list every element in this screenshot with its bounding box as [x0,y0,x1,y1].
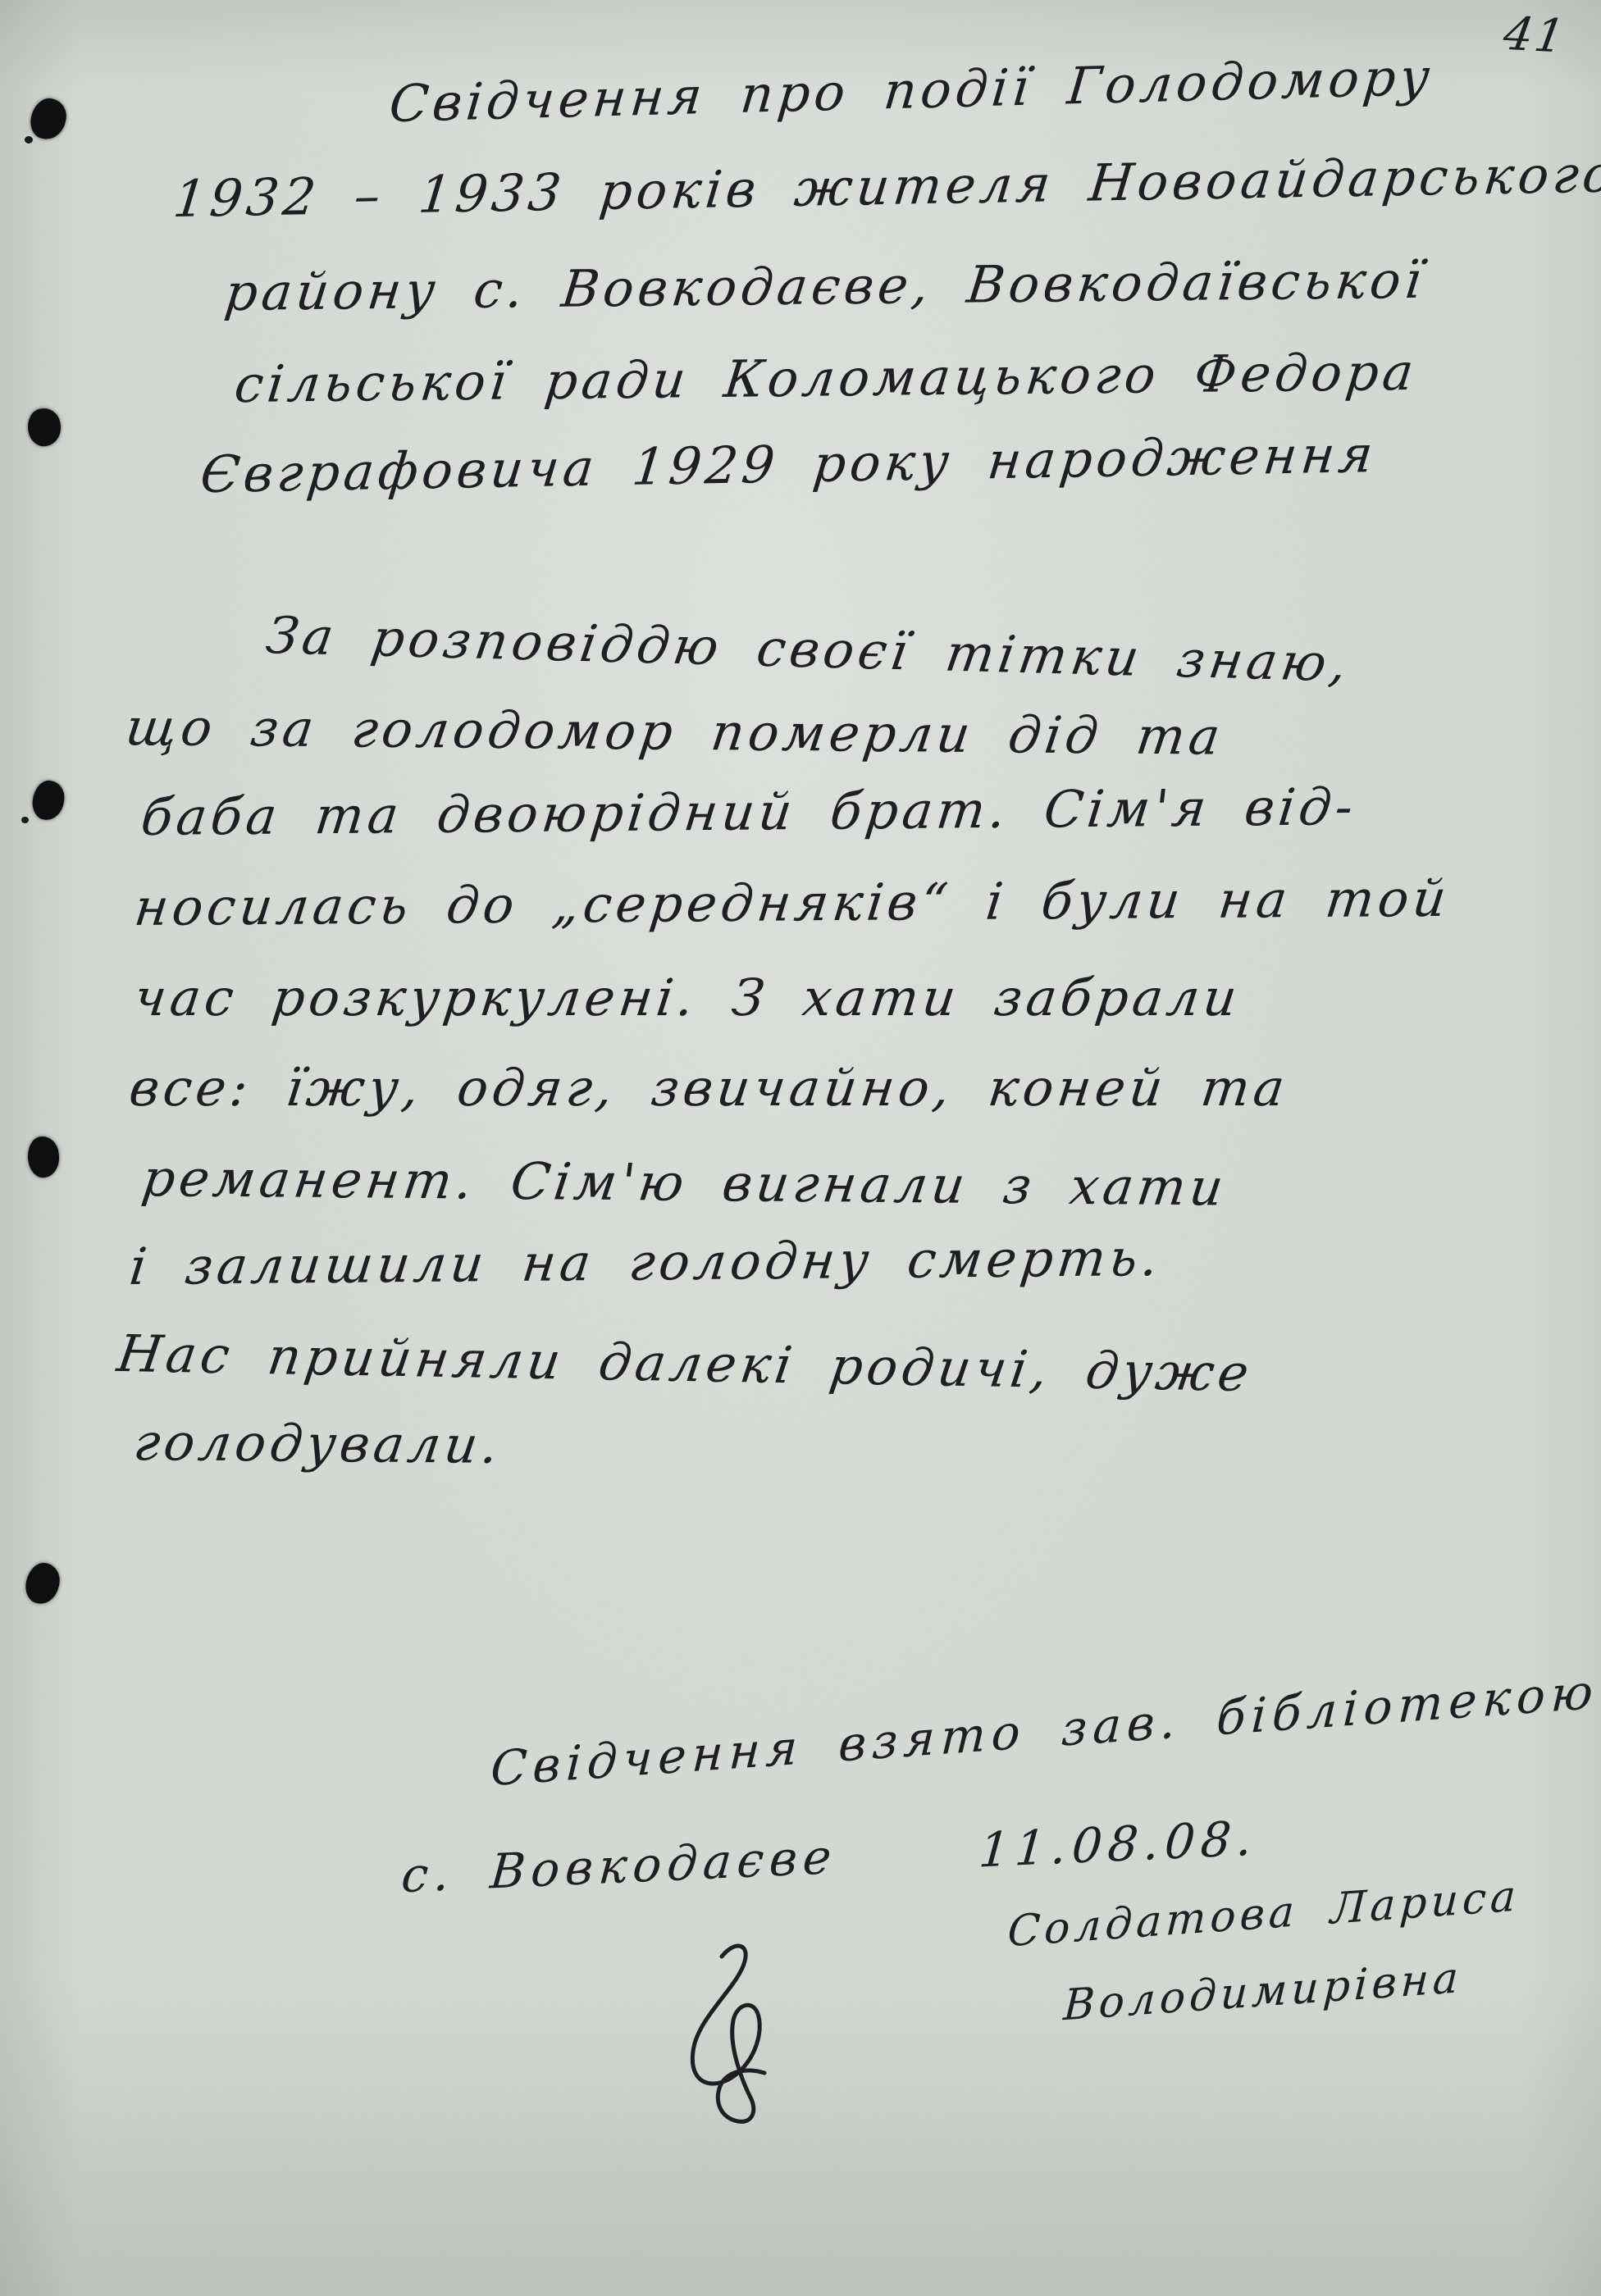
footer-taken-line: Свідчення взято зав. бібліотекою [490,1668,1600,1793]
body-line: голодували. [131,1417,505,1471]
punch-hole-speck [21,817,29,823]
librarian-name-line: Володимирівна [1062,1957,1463,2027]
body-line: баба та двоюрідний брат. Сім'я від- [139,781,1360,843]
body-line: все: їжу, одяг, звичайно, коней та [126,1063,1291,1114]
punch-hole [22,1560,63,1606]
title-line: Свідчення про події Голодомору [387,52,1436,130]
signature-flourish [664,1935,853,2132]
librarian-name-line: Солдатова Лариса [1006,1875,1521,1953]
body-line: і залишили на голодну смерть. [127,1232,1165,1292]
body-line: Нас прийняли далекі родичі, дуже [114,1328,1256,1399]
body-line: що за голодомор померли дід та [123,702,1227,763]
punch-hole [25,1135,61,1179]
punch-hole [27,95,71,143]
page-number: 41 [1500,11,1569,61]
body-line: За розповіддю своєї тітки знаю, [263,610,1354,689]
footer-place-date-line: с. Вовкодаєве 11.08.08. [399,1814,1259,1899]
body-line: реманент. Сім'ю вигнали з хати [139,1153,1230,1213]
body-line: носилась до „середняків“ і були на той [132,873,1453,933]
title-line: району с. Вовкодаєве, Вовкодаївської [222,255,1428,318]
punch-hole [25,406,63,449]
scanned-document-page: 41 Свідчення про події Голодомору 1932 –… [0,0,1601,2296]
title-line: 1932 – 1933 років жителя Новоайдарського [171,148,1601,225]
title-line: сільської ради Коломацького Федора [232,347,1420,410]
punch-hole [30,779,66,822]
punch-hole-speck [25,136,33,143]
body-line: час розкуркулені. З хати забрали [131,973,1243,1023]
title-line: Євграфовича 1929 року народження [198,429,1379,500]
